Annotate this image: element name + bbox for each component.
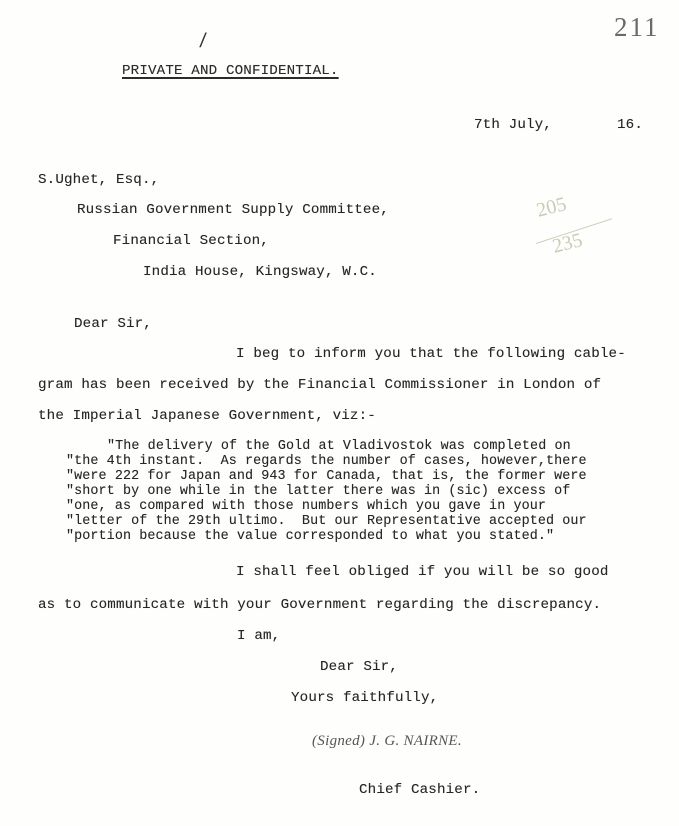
recipient-name: S.Ughet, Esq., [38, 172, 159, 188]
date-day-month: 7th July, [474, 117, 552, 133]
signature: (Signed) J. G. NAIRNE. [312, 733, 462, 750]
margin-mark: / [198, 30, 207, 53]
quote-line: "The delivery of the Gold at Vladivostok… [107, 440, 571, 455]
quote-line: "short by one while in the latter there … [66, 485, 570, 500]
quote-line: "letter of the 29th ultimo. But our Repr… [66, 515, 587, 530]
letter-page: 211 / PRIVATE AND CONFIDENTIAL. 7th July… [0, 0, 679, 826]
closing-i-am: I am, [237, 628, 280, 644]
closing-dear-sir: Dear Sir, [320, 659, 398, 675]
date-year: 16. [617, 117, 643, 133]
recipient-address: India House, Kingsway, W.C. [143, 264, 377, 280]
closing-yours-faithfully: Yours faithfully, [291, 690, 438, 706]
quote-line: "were 222 for Japan and 943 for Canada, … [66, 470, 587, 485]
paragraph-line: as to communicate with your Government r… [38, 597, 601, 613]
salutation: Dear Sir, [74, 316, 152, 332]
folio-number: 211 [614, 12, 660, 43]
quote-line: "portion because the value corresponded … [66, 530, 554, 545]
quote-line: "one, as compared with those numbers whi… [66, 500, 546, 515]
paragraph-line: I shall feel obliged if you will be so g… [236, 564, 609, 580]
recipient-department: Financial Section, [113, 233, 269, 249]
signatory-title: Chief Cashier. [359, 782, 480, 798]
recipient-organisation: Russian Government Supply Committee, [77, 202, 389, 218]
pencil-annotation-upper: 205 [534, 193, 569, 223]
paragraph-line: the Imperial Japanese Government, viz:- [38, 408, 376, 424]
paragraph-line: I beg to inform you that the following c… [236, 346, 626, 362]
paragraph-line: gram has been received by the Financial … [38, 377, 601, 393]
confidential-heading: PRIVATE AND CONFIDENTIAL. [122, 63, 339, 79]
quote-line: "the 4th instant. As regards the number … [66, 455, 587, 470]
pencil-annotation-lower: 235 [550, 229, 585, 259]
